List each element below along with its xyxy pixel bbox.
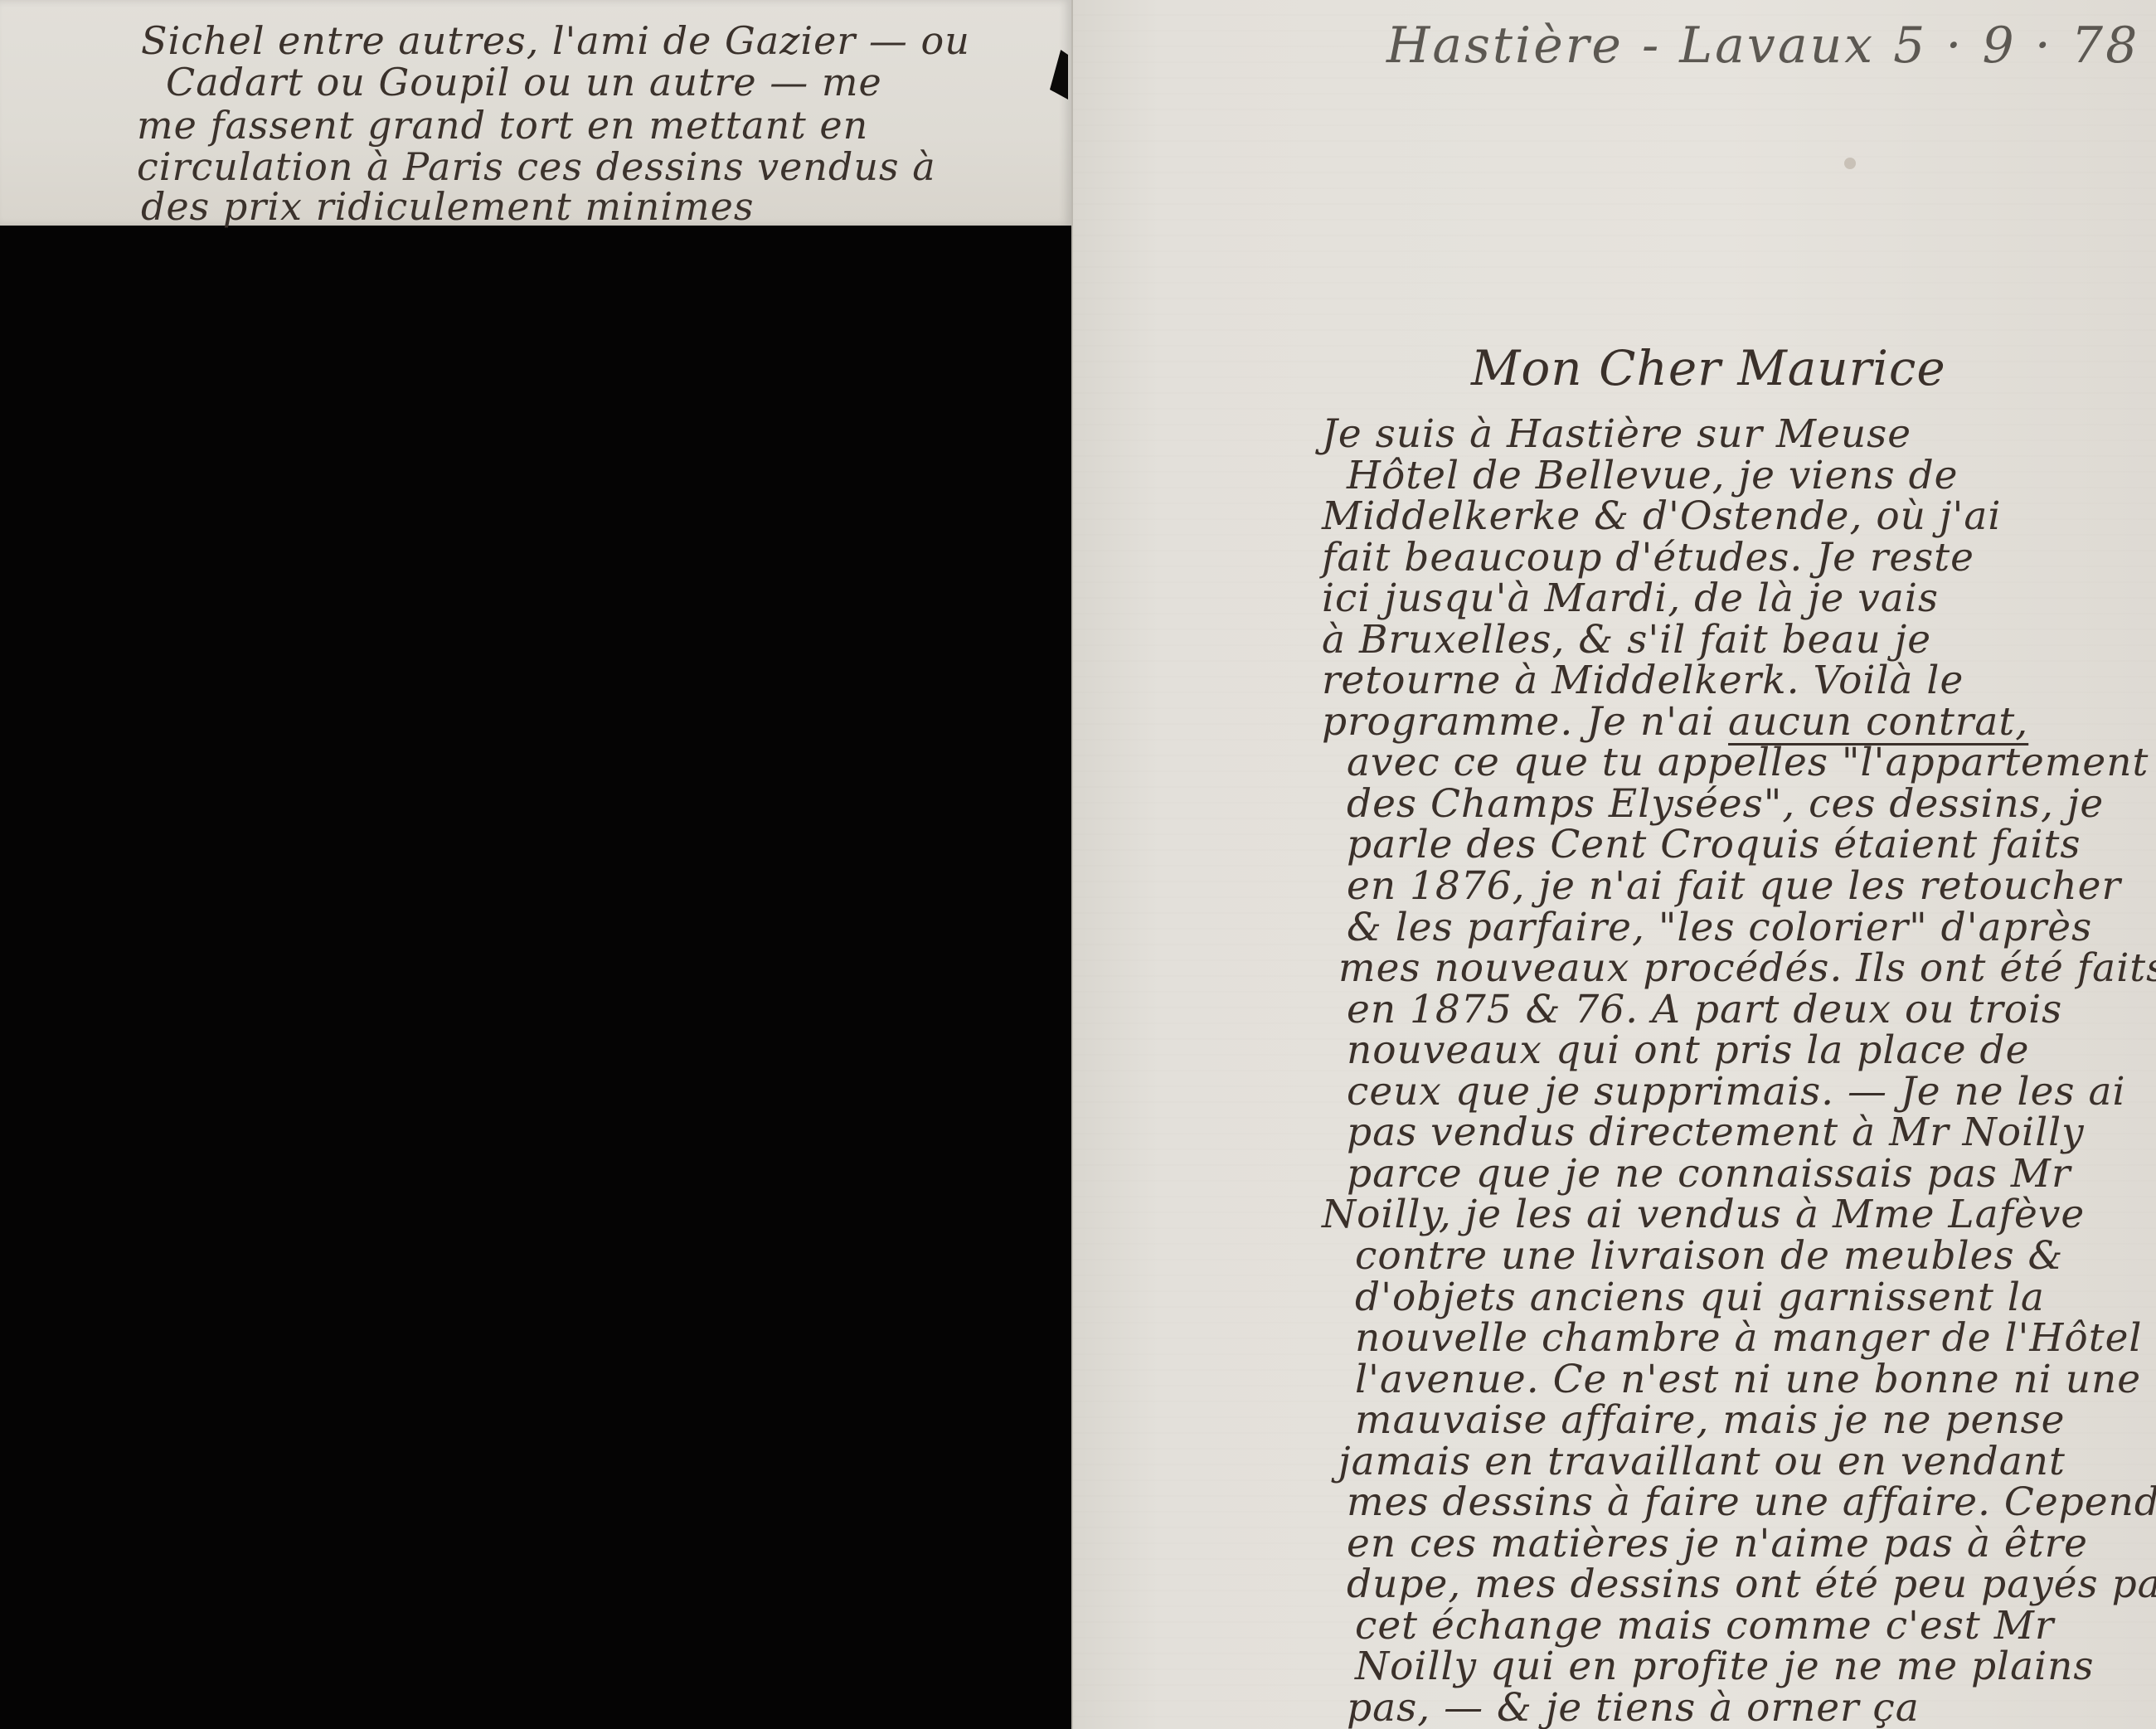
letter-line: avec ce que tu appelles "l'appartement xyxy=(1347,740,2149,785)
letter-line: à Bruxelles, & s'il fait beau je xyxy=(1322,617,1931,663)
letter-line: ici jusqu'à Mardi, de là je vais xyxy=(1322,576,1939,621)
fragment-line: Sichel entre autres, l'ami de Gazier — o… xyxy=(141,18,970,63)
letter-line: nouvelle chambre à manger de l'Hôtel de xyxy=(1355,1315,2156,1361)
letter-line: parle des Cent Croquis étaient faits xyxy=(1347,822,2081,867)
letter-line: retourne à Middelkerk. Voilà le xyxy=(1322,658,1964,703)
letter-line: l'avenue. Ce n'est ni une bonne ni une xyxy=(1355,1357,2141,1402)
letter-line: des Champs Elysées", ces dessins, je xyxy=(1347,781,2104,827)
letter-line: Noilly, je les ai vendus à Mme Lafève xyxy=(1322,1192,2085,1237)
underlined-phrase: aucun contrat, xyxy=(1728,699,2028,745)
letter-fragment-top-left: Sichel entre autres, l'ami de Gazier — o… xyxy=(0,0,1071,226)
letter-page: Hastière - Lavaux 5 · 9 · 78 Mon Cher Ma… xyxy=(1071,0,2156,1729)
letter-line: pas vendus directement à Mr Noilly xyxy=(1347,1110,2085,1155)
pencil-annotation: Hastière - Lavaux 5 · 9 · 78 xyxy=(1386,17,2139,75)
letter-line: mes dessins à faire une affaire. Cependa… xyxy=(1347,1479,2156,1525)
letter-line: en 1876, je n'ai fait que les retoucher xyxy=(1347,863,2121,909)
letter-line: jamais en travaillant ou en vendant xyxy=(1338,1439,2066,1484)
letter-line: Middelkerke & d'Ostende, où j'ai xyxy=(1322,493,2001,539)
letter-line: d'objets anciens qui garnissent la xyxy=(1355,1275,2045,1320)
letter-line: Noilly qui en profite je ne me plains xyxy=(1355,1644,2095,1689)
letter-line: mauvaise affaire, mais je ne pense xyxy=(1355,1397,2066,1443)
letter-line: en 1875 & 76. A part deux ou trois xyxy=(1347,987,2062,1032)
fragment-line: Cadart ou Goupil ou un autre — me xyxy=(166,60,882,104)
paper-stain xyxy=(1844,158,1856,169)
salutation: Mon Cher Maurice xyxy=(1471,340,1946,396)
fragment-line: me fassent grand tort en mettant en xyxy=(137,103,868,148)
letter-line: dupe, mes dessins ont été peu payés par xyxy=(1347,1561,2156,1607)
letter-line: & les parfaire, "les colorier" d'après xyxy=(1347,905,2092,950)
letter-line: fait beaucoup d'études. Je reste xyxy=(1322,535,1974,580)
letter-line: parce que je ne connaissais pas Mr xyxy=(1347,1151,2071,1197)
letter-line: cet échange mais comme c'est Mr xyxy=(1355,1603,2054,1649)
letter-line: programme. Je n'ai aucun contrat, xyxy=(1322,699,2028,745)
letter-line-text: programme. Je n'ai xyxy=(1322,699,1715,745)
fragment-line: circulation à Paris ces dessins vendus à xyxy=(137,144,936,189)
letter-line: mes nouveaux procédés. Ils ont été faits xyxy=(1338,945,2156,991)
letter-line: nouveaux qui ont pris la place de xyxy=(1347,1027,2029,1073)
letter-line: contre une livraison de meubles & xyxy=(1355,1233,2063,1279)
letter-line: pas, — & je tiens à orner ça xyxy=(1347,1685,1920,1729)
fragment-line: des prix ridiculement minimes xyxy=(141,184,754,229)
letter-line: Je suis à Hastière sur Meuse xyxy=(1322,411,1911,457)
letter-line: ceux que je supprimais. — Je ne les ai xyxy=(1347,1069,2126,1115)
letter-line: en ces matières je n'aime pas à être xyxy=(1347,1521,2088,1566)
letter-line: Hôtel de Bellevue, je viens de xyxy=(1347,453,1959,498)
